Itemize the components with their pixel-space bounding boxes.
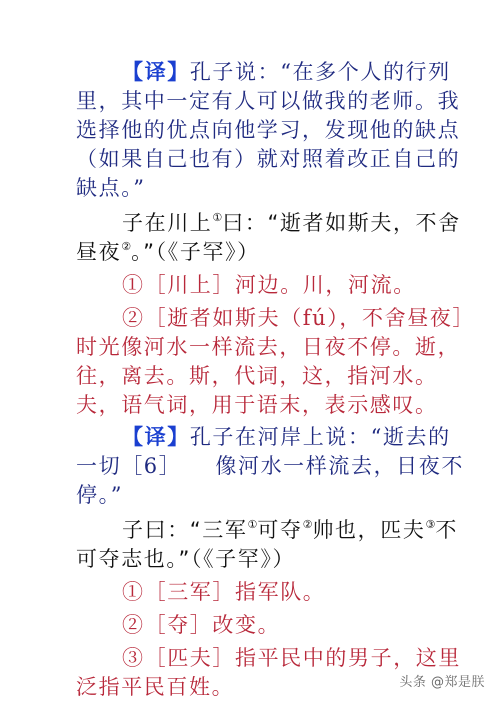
original-text-2: 子在川上①曰：“逝者如斯夫，不舍昼夜②。”（《子罕》） [76,209,466,267]
footnote-marker: ② [121,240,131,253]
note-3-1: ①［三军］指军队。 [76,578,466,607]
watermark: 头条 @郑是朕 [399,671,485,690]
note-3-2: ②［夺］改变。 [76,611,466,640]
footnote-marker: ② [303,518,313,531]
translation-tag: 【译】 [122,425,190,449]
original-fragment: 子在川上 [122,211,212,235]
original-fragment: 。”（《子罕》） [131,240,260,264]
original-text-3: 子曰：“三军①可夺②帅也，匹夫③不可夺志也。”（《子罕》） [76,516,466,574]
translation-paragraph-1: 【译】孔子说：“在多个人的行列里，其中一定有人可以做我的老师。我选择他的优点向他… [76,58,466,203]
translation-paragraph-2: 【译】孔子在河岸上说：“逝去的一切［6］像河水一样流去，日夜不停。” [76,423,466,510]
original-fragment: 可夺 [257,518,302,542]
document-page: 【译】孔子说：“在多个人的行列里，其中一定有人可以做我的老师。我选择他的优点向他… [76,58,466,702]
original-fragment: 帅也，匹夫 [312,518,425,542]
translation-tag: 【译】 [122,60,190,84]
footnote-marker: ③ [425,518,435,531]
note-2-1: ①［川上］河边。川，河流。 [76,271,466,300]
footnote-marker: ① [212,211,222,224]
footnote-marker: ① [247,518,257,531]
note-2-2: ②［逝者如斯夫（fú），不舍昼夜］时光像河水一样流去，日夜不停。逝，往，离去。斯… [76,304,466,420]
original-fragment: 子曰：“三军 [122,518,247,542]
